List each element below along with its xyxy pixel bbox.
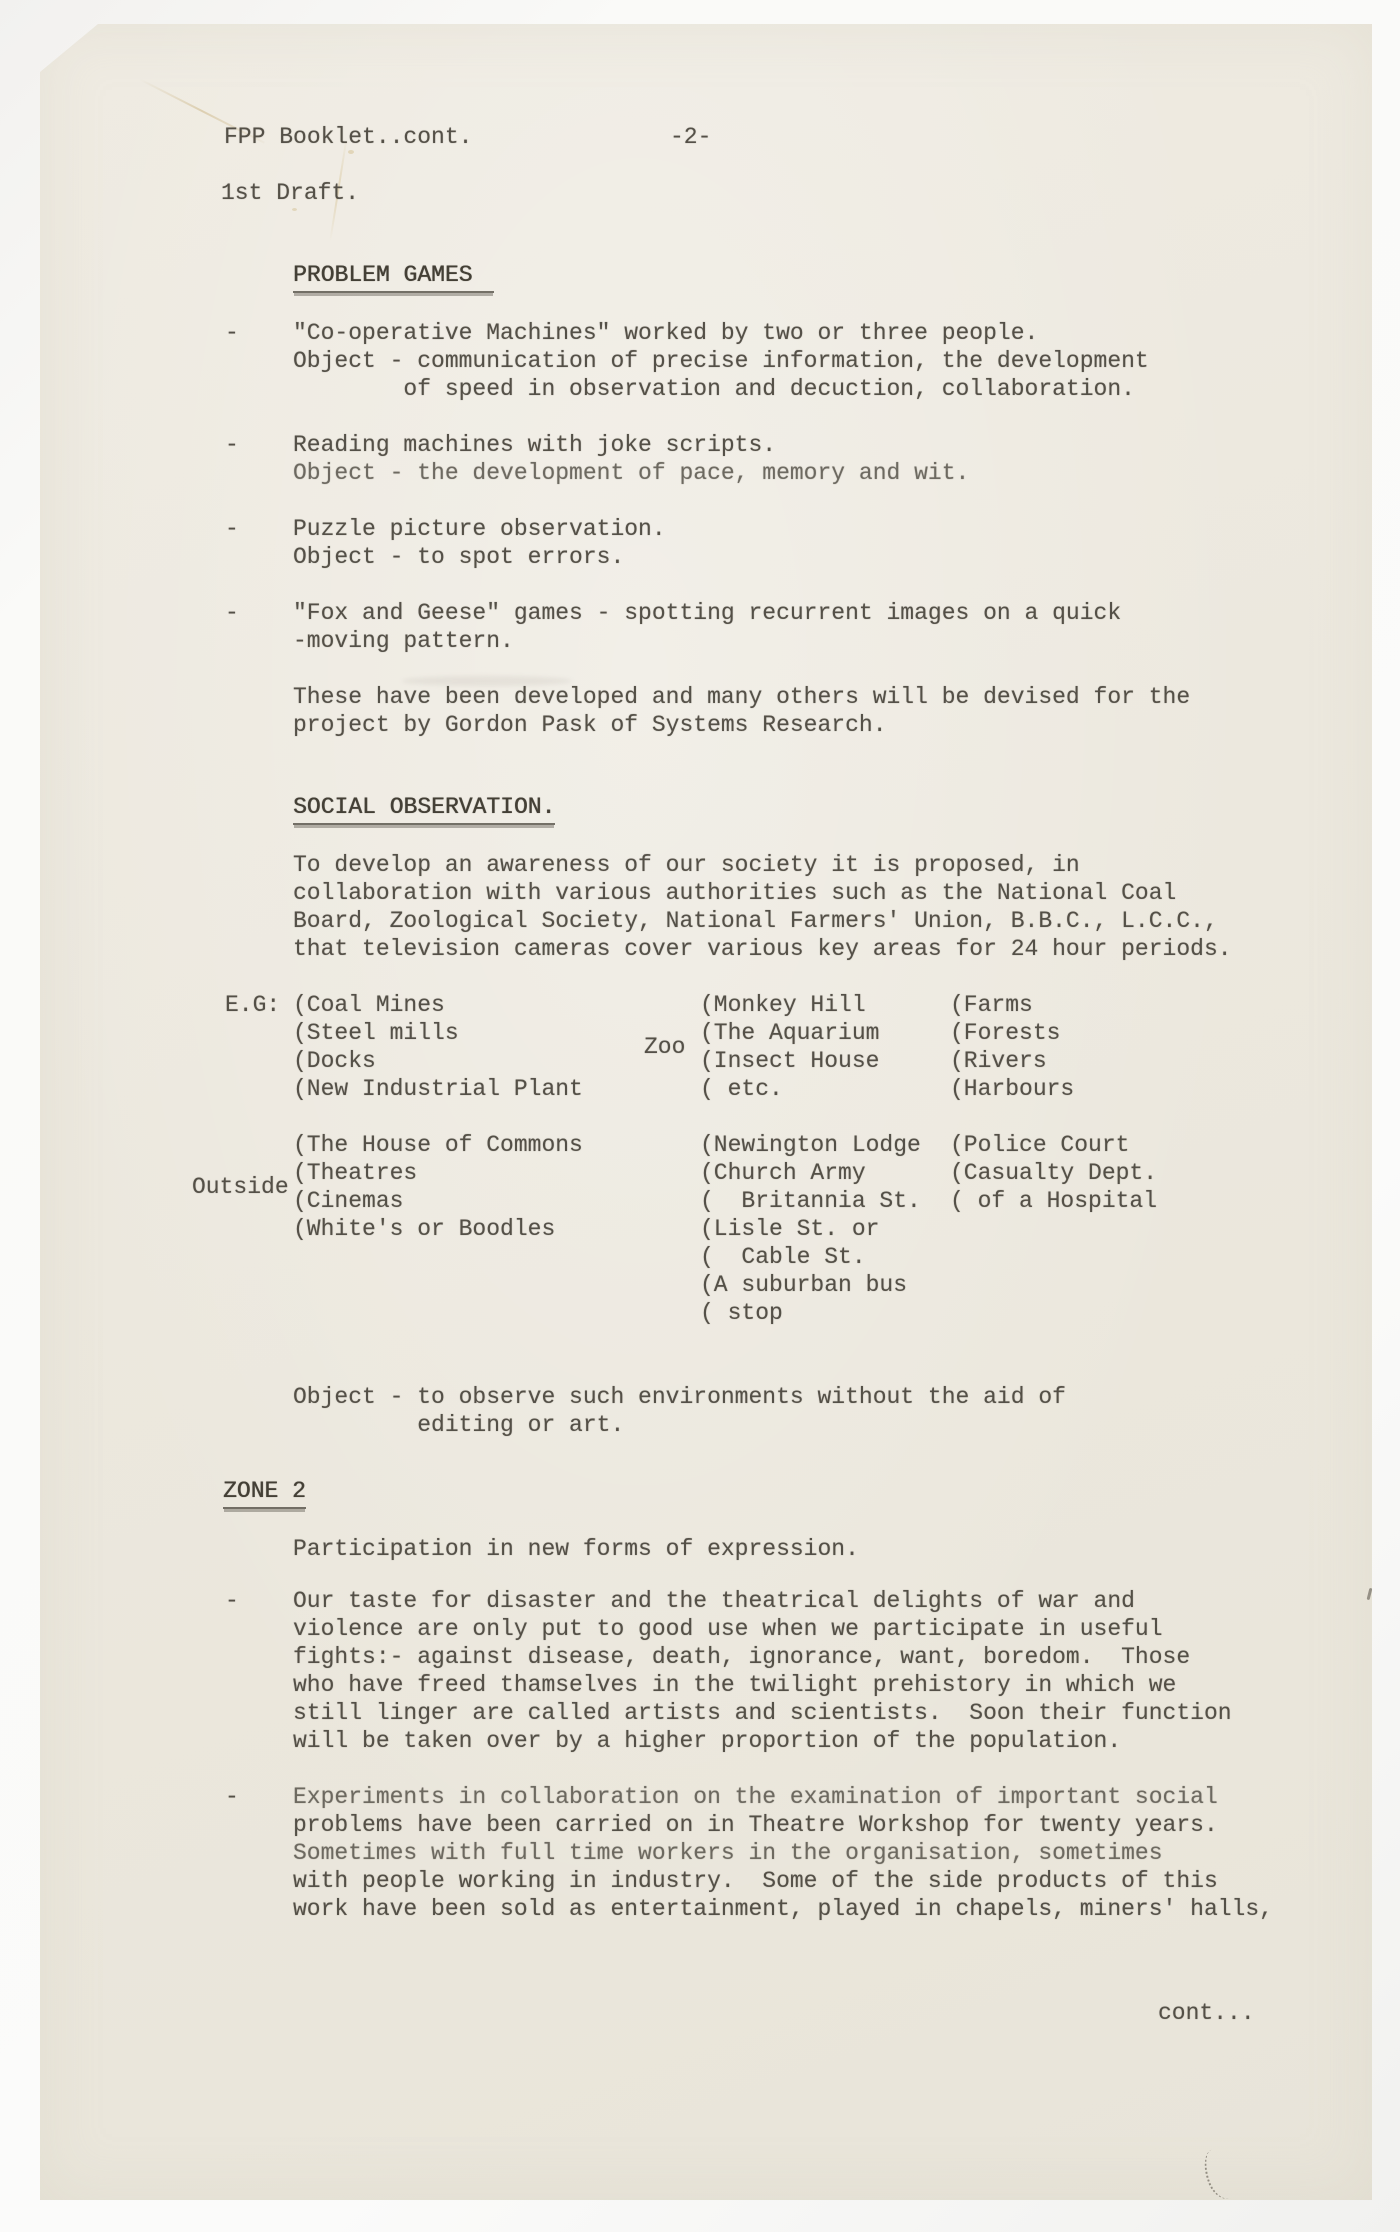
- bullet-dash: -: [225, 432, 239, 459]
- text-line: of speed in observation and decuction, c…: [293, 376, 1135, 403]
- list-item: (Farms: [950, 992, 1033, 1019]
- header-draft-line: 1st Draft.: [221, 180, 359, 207]
- bullet-dash: -: [225, 1784, 239, 1811]
- text-line: who have freed thamselves in the twiligh…: [293, 1672, 1176, 1699]
- text-line: Object - the development of pace, memory…: [293, 460, 969, 487]
- zoo-label: Zoo: [644, 1034, 685, 1061]
- list-item: (Newington Lodge: [700, 1132, 921, 1159]
- list-item: ( Cable St.: [700, 1244, 866, 1271]
- text-line: -moving pattern.: [293, 628, 514, 655]
- list-item: (Docks: [293, 1048, 376, 1075]
- text-line: editing or art.: [293, 1412, 624, 1439]
- list-item: (Harbours: [950, 1076, 1074, 1103]
- text-line: Our taste for disaster and the theatrica…: [293, 1588, 1135, 1615]
- text-line: project by Gordon Pask of Systems Resear…: [293, 712, 887, 739]
- text-line: Object - to spot errors.: [293, 544, 624, 571]
- text-line: "Co-operative Machines" worked by two or…: [293, 320, 1038, 347]
- list-item: ( stop: [700, 1300, 783, 1327]
- list-item: (New Industrial Plant: [293, 1076, 583, 1103]
- text-line: work have been sold as entertainment, pl…: [293, 1896, 1273, 1923]
- bullet-dash: -: [225, 600, 239, 627]
- list-item: (Cinemas: [293, 1188, 403, 1215]
- text-line: with people working in industry. Some of…: [293, 1868, 1218, 1895]
- list-item: (Theatres: [293, 1160, 417, 1187]
- bullet-dash: -: [225, 1588, 239, 1615]
- text-line: violence are only put to good use when w…: [293, 1616, 1163, 1643]
- text-line: Participation in new forms of expression…: [293, 1536, 859, 1563]
- list-item: (Police Court: [950, 1132, 1129, 1159]
- list-item: (Lisle St. or: [700, 1216, 879, 1243]
- text-line: that television cameras cover various ke…: [293, 936, 1232, 963]
- text-line: These have been developed and many other…: [293, 684, 1190, 711]
- text-line: collaboration with various authorities s…: [293, 880, 1176, 907]
- list-item: (The Aquarium: [700, 1020, 879, 1047]
- header-booklet-line: FPP Booklet..cont.: [224, 124, 472, 151]
- text-line: Reading machines with joke scripts.: [293, 432, 776, 459]
- outside-label: Outside: [192, 1174, 289, 1201]
- list-item: (A suburban bus: [700, 1272, 907, 1299]
- bullet-dash: -: [225, 516, 239, 543]
- text-line: problems have been carried on in Theatre…: [293, 1812, 1218, 1839]
- pencil-mark: [1367, 1588, 1373, 1600]
- paper-stain: [292, 208, 297, 211]
- page-number: -2-: [670, 124, 711, 151]
- section-heading-problem-games: PROBLEM GAMES: [293, 262, 494, 293]
- text-line: still linger are called artists and scie…: [293, 1700, 1232, 1727]
- text-line: will be taken over by a higher proportio…: [293, 1728, 1121, 1755]
- text-line: Puzzle picture observation.: [293, 516, 666, 543]
- text-line: Object - to observe such environments wi…: [293, 1384, 1066, 1411]
- list-item: (Coal Mines: [293, 992, 445, 1019]
- text-line: Object - communication of precise inform…: [293, 348, 1149, 375]
- list-item: (Casualty Dept.: [950, 1160, 1157, 1187]
- list-item: (Church Army: [700, 1160, 866, 1187]
- list-item: ( Britannia St.: [700, 1188, 921, 1215]
- pencil-mark: [1199, 2145, 1244, 2204]
- bullet-dash: -: [225, 320, 239, 347]
- text-line: fights:- against disease, death, ignoran…: [293, 1644, 1190, 1671]
- list-item: (Forests: [950, 1020, 1060, 1047]
- list-item: (White's or Boodles: [293, 1216, 555, 1243]
- section-heading-zone-2: ZONE 2: [223, 1478, 306, 1509]
- eg-label: E.G:: [225, 992, 280, 1019]
- text-line: "Fox and Geese" games - spotting recurre…: [293, 600, 1121, 627]
- section-heading-social-observation: SOCIAL OBSERVATION.: [293, 794, 555, 825]
- text-line: Board, Zoological Society, National Farm…: [293, 908, 1218, 935]
- text-line: Experiments in collaboration on the exam…: [293, 1784, 1218, 1811]
- list-item: ( etc.: [700, 1076, 783, 1103]
- list-item: (Steel mills: [293, 1020, 459, 1047]
- list-item: (The House of Commons: [293, 1132, 583, 1159]
- continuation-note: cont...: [1158, 2000, 1255, 2027]
- text-line: To develop an awareness of our society i…: [293, 852, 1080, 879]
- text-line: Sometimes with full time workers in the …: [293, 1840, 1163, 1867]
- list-item: ( of a Hospital: [950, 1188, 1157, 1215]
- list-item: (Insect House: [700, 1048, 879, 1075]
- list-item: (Monkey Hill: [700, 992, 866, 1019]
- scanned-document: FPP Booklet..cont. -2- 1st Draft. PROBLE…: [0, 0, 1400, 2232]
- list-item: (Rivers: [950, 1048, 1047, 1075]
